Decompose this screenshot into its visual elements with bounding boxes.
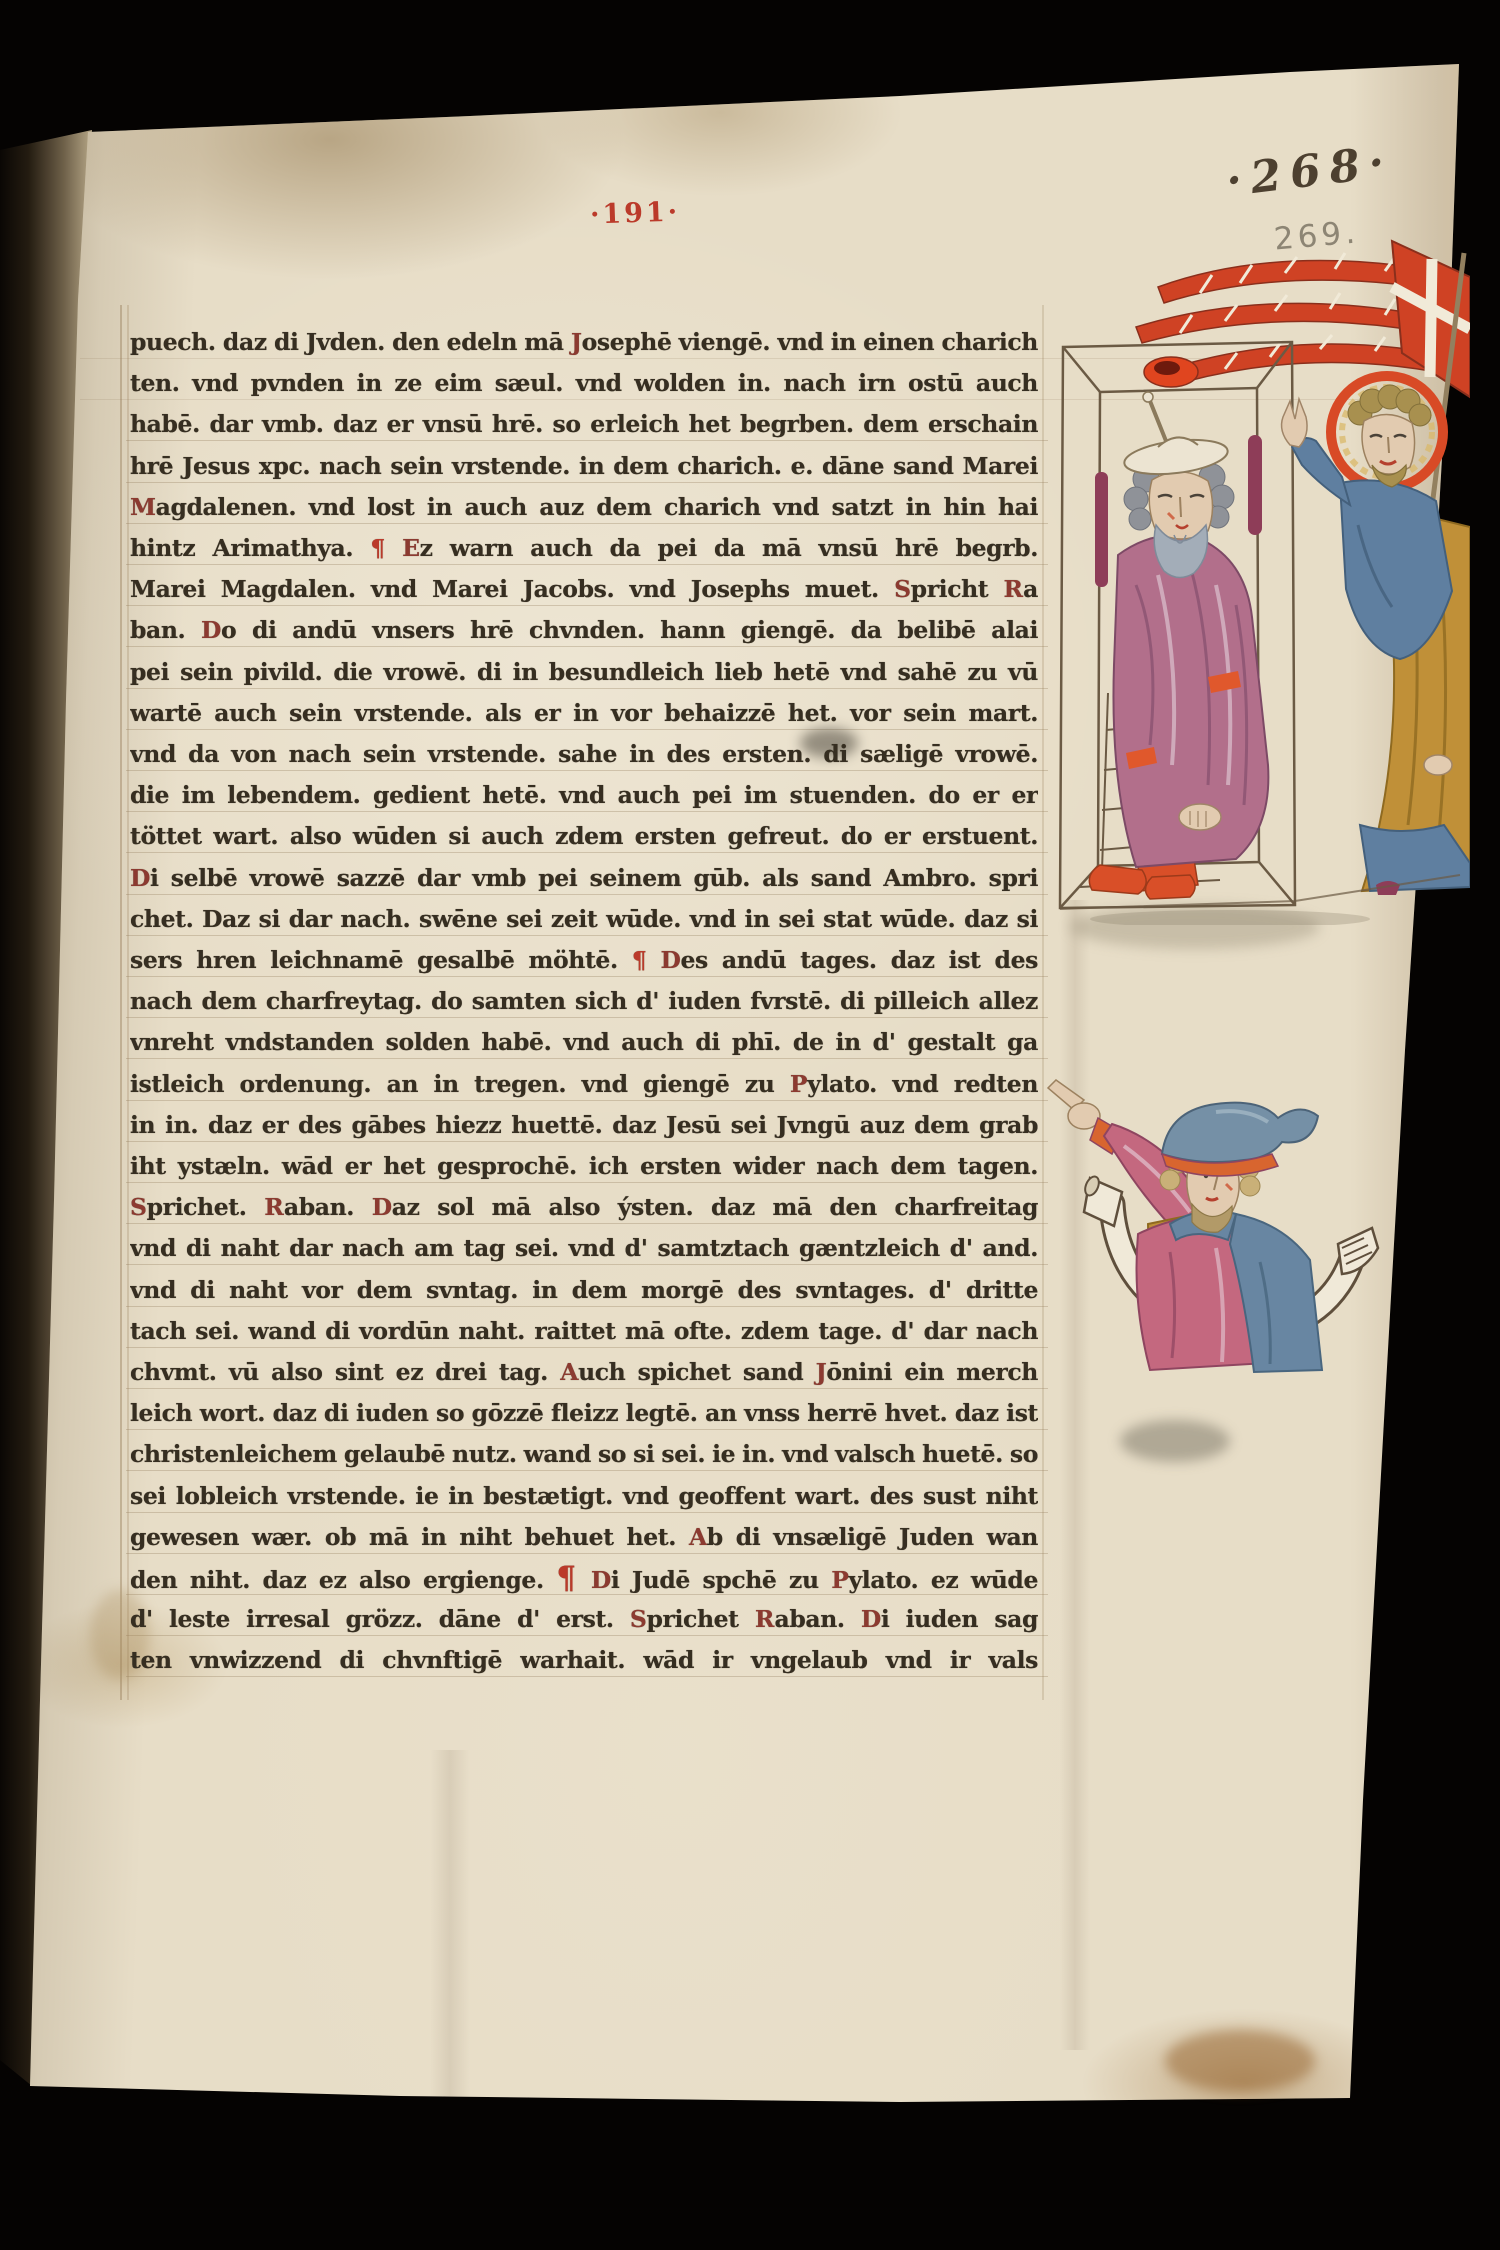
text-line: vnreht vndstanden solden habē. vnd auch … — [130, 1022, 1038, 1065]
text-segment: aban. — [775, 1605, 861, 1633]
text-segment: d' leste irresal grözz. dāne d' erst. — [130, 1605, 630, 1633]
text-line: vnd di naht dar nach am tag sei. vnd d' … — [130, 1228, 1038, 1271]
text-segment: prichet. — [147, 1193, 265, 1221]
text-line: hrē Jesus xpc. nach sein vrstende. in de… — [130, 446, 1038, 489]
text-segment: vnreht vndstanden solden habē. vnd auch … — [130, 1028, 1038, 1056]
text-line: sei lobleich vrstende. ie in bestætigt. … — [130, 1476, 1038, 1519]
miniature-christ-frees-joseph-drawing — [1040, 225, 1470, 925]
miniature-christ-frees-joseph — [1040, 225, 1470, 925]
text-segment: ylato. ez wūde — [849, 1566, 1038, 1594]
text-line: tach sei. wand di vordūn naht. raittet m… — [130, 1311, 1038, 1354]
text-line: istleich ordenung. an in tregen. vnd gie… — [130, 1064, 1038, 1107]
text-segment: a — [1023, 575, 1038, 603]
text-segment: vnd di naht vor dem svntag. in dem morgē… — [130, 1276, 1038, 1304]
text-segment: vnd da von nach sein vrstende. sahe in d… — [130, 740, 1038, 768]
text-segment: den niht. daz ez also ergienge. — [130, 1566, 556, 1594]
hat-stalk — [1150, 401, 1166, 441]
text-segment: R — [264, 1193, 284, 1221]
text-segment: pricht — [911, 575, 1004, 603]
blessing-hand — [1282, 399, 1308, 447]
text-segment: tach sei. wand di vordūn naht. raittet m… — [130, 1317, 1038, 1345]
manuscript-photo: ·191· ·268· 269. puech. daz di Jvden. de… — [0, 0, 1500, 2250]
text-segment: D — [372, 1193, 392, 1221]
text-line: hintz Arimathya. ¶ Ez warn auch da pei d… — [130, 528, 1038, 571]
text-segment: aban. — [284, 1193, 372, 1221]
text-segment: R — [755, 1605, 775, 1633]
text-segment: uch spichet sand — [578, 1358, 816, 1386]
text-segment: A — [689, 1523, 707, 1551]
text-segment: chet. Daz si dar nach. swēne sei zeit wū… — [130, 905, 1038, 942]
window-slit — [1095, 472, 1108, 587]
text-segment: gewesen wær. ob mā in niht behuet het. — [130, 1523, 689, 1551]
text-segment: ¶ — [370, 534, 402, 562]
text-line: chvmt. vū also sint ez drei tag. Auch sp… — [130, 1352, 1038, 1395]
text-segment: A — [560, 1358, 578, 1386]
text-segment: puech. daz di Jvden. den edeln mā — [130, 328, 571, 356]
text-segment: M — [130, 493, 156, 521]
text-line: pei sein pivild. die vrowē. di in besund… — [130, 652, 1038, 695]
text-segment: D — [861, 1605, 881, 1633]
text-line: leich wort. daz di iuden so gōzzē fleizz… — [130, 1393, 1038, 1436]
text-segment: es andū tages. daz ist des — [680, 946, 1038, 974]
text-segment: sers hren leichnamē gesalbē möhtē. — [130, 946, 632, 974]
joseph-figure — [1089, 392, 1268, 899]
text-segment: vnd di naht dar nach am tag sei. vnd d' … — [130, 1234, 1038, 1262]
text-segment: die im lebendem. gedient hetē. vnd auch … — [130, 781, 1038, 809]
text-segment: christenleichem gelaubē nutz. wand so si… — [130, 1440, 1038, 1468]
text-line: puech. daz di Jvden. den edeln mā Joseph… — [130, 322, 1038, 365]
text-segment: prichet — [647, 1605, 755, 1633]
text-segment: i Judē spchē zu — [611, 1566, 831, 1594]
christ-figure — [1282, 376, 1470, 895]
text-segment: D — [591, 1566, 611, 1594]
text-segment: hrē Jesus xpc. nach sein vrstende. in de… — [130, 452, 1038, 480]
text-segment: ¶ — [632, 946, 661, 974]
text-line: ban. Do di andū vnsers hrē chvnden. hann… — [130, 610, 1038, 653]
text-segment: Marei Magdalen. vnd Marei Jacobs. vnd Jo… — [130, 575, 894, 603]
window-slit — [1248, 435, 1262, 535]
text-line: chet. Daz si dar nach. swēne sei zeit wū… — [130, 899, 1038, 942]
text-segment: i selbē vrowē sazzē dar vmb pei seinem g… — [150, 864, 1038, 892]
text-segment: az sol mā also ýsten. daz mā den charfre… — [392, 1193, 1038, 1221]
text-segment: ylato. vnd redten — [807, 1070, 1038, 1098]
text-segment: ¶ — [556, 1560, 591, 1596]
text-segment: z warn auch da pei da mā vnsū hrē begrb. — [420, 534, 1038, 562]
text-line: in in. daz er des gābes hiezz huettē. da… — [130, 1105, 1038, 1148]
text-segment: o di andū vnsers hrē chvnden. hann gieng… — [221, 616, 1038, 644]
text-line: ten. vnd pvnden in ze eim sæul. vnd wold… — [130, 363, 1038, 406]
text-segment: J — [571, 328, 582, 356]
text-segment: S — [630, 1605, 647, 1633]
text-line: iht ystæln. wād er het gesprochē. ich er… — [130, 1146, 1038, 1189]
text-segment: S — [130, 1193, 147, 1221]
text-segment: chvmt. vū also sint ez drei tag. — [130, 1358, 560, 1386]
text-segment: S — [894, 575, 911, 603]
text-line: d' leste irresal grözz. dāne d' erst. Sp… — [130, 1599, 1038, 1642]
text-segment: P — [831, 1566, 848, 1594]
text-line: christenleichem gelaubē nutz. wand so si… — [130, 1434, 1038, 1477]
text-line: ten vnwizzend di chvnftigē warhait. wād … — [130, 1640, 1038, 1683]
text-segment: P — [790, 1070, 807, 1098]
text-line: sers hren leichnamē gesalbē möhtē. ¶ Des… — [130, 940, 1038, 983]
text-line: die im lebendem. gedient hetē. vnd auch … — [130, 775, 1038, 818]
text-segment: sei lobleich vrstende. ie in bestætigt. … — [130, 1482, 1038, 1510]
text-segment: in in. daz er des gābes hiezz huettē. da… — [130, 1111, 1038, 1139]
text-segment: J — [816, 1358, 827, 1386]
text-line: wartē auch sein vrstende. als er in vor … — [130, 693, 1038, 736]
text-segment: ban. — [130, 616, 201, 644]
text-segment: b di vnsæligē Juden wan — [707, 1523, 1038, 1551]
text-line: vnd di naht vor dem svntag. in dem morgē… — [130, 1270, 1038, 1313]
text-line: vnd da von nach sein vrstende. sahe in d… — [130, 734, 1038, 777]
text-segment: wartē auch sein vrstende. als er in vor … — [130, 699, 1038, 727]
text-segment: hintz Arimathya. — [130, 534, 370, 562]
text-segment: nach dem charfreytag. do samten sich d' … — [130, 987, 1038, 1015]
text-segment: habē. dar vmb. daz er vnsū hrē. so erlei… — [130, 410, 1038, 447]
text-line: Di selbē vrowē sazzē dar vmb pei seinem … — [130, 858, 1038, 901]
text-segment: leich wort. daz di iuden so gōzzē fleizz… — [130, 1399, 1038, 1427]
text-segment: pei sein pivild. die vrowē. di in besund… — [130, 658, 1038, 686]
text-line: Magdalenen. vnd lost in auch auz dem cha… — [130, 487, 1038, 530]
miniature-pointing-man-drawing — [1020, 1062, 1420, 1382]
text-segment: agdalenen. vnd lost in auch auz dem char… — [156, 493, 1038, 521]
text-segment: E — [402, 534, 420, 562]
text-line: den niht. daz ez also ergienge. ¶ Di Jud… — [130, 1558, 1038, 1601]
text-line: habē. dar vmb. daz er vnsū hrē. so erlei… — [130, 404, 1038, 447]
miniature-pointing-man-scroll — [1020, 1062, 1420, 1382]
text-segment: ōnini ein merch — [826, 1358, 1038, 1386]
text-segment: D — [130, 864, 150, 892]
text-line: Sprichet. Raban. Daz sol mā also ýsten. … — [130, 1187, 1038, 1230]
text-segment: D — [201, 616, 221, 644]
text-segment: D — [660, 946, 680, 974]
text-segment: istleich ordenung. an in tregen. vnd gie… — [130, 1070, 790, 1098]
text-line: Marei Magdalen. vnd Marei Jacobs. vnd Jo… — [130, 569, 1038, 612]
text-segment: ten vnwizzend di chvnftigē warhait. wād … — [130, 1646, 1038, 1674]
text-segment: iht ystæln. wād er het gesprochē. ich er… — [130, 1152, 1038, 1180]
text-line: nach dem charfreytag. do samten sich d' … — [130, 981, 1038, 1024]
text-segment: töttet wart. also wūden si auch zdem ers… — [130, 822, 1038, 850]
text-line: töttet wart. also wūden si auch zdem ers… — [130, 816, 1038, 859]
text-segment: R — [1004, 575, 1024, 603]
text-segment: i iuden sag — [881, 1605, 1038, 1633]
text-segment: ten. vnd pvnden in ze eim sæul. vnd wold… — [130, 369, 1038, 406]
text-line: gewesen wær. ob mā in niht behuet het. A… — [130, 1517, 1038, 1560]
